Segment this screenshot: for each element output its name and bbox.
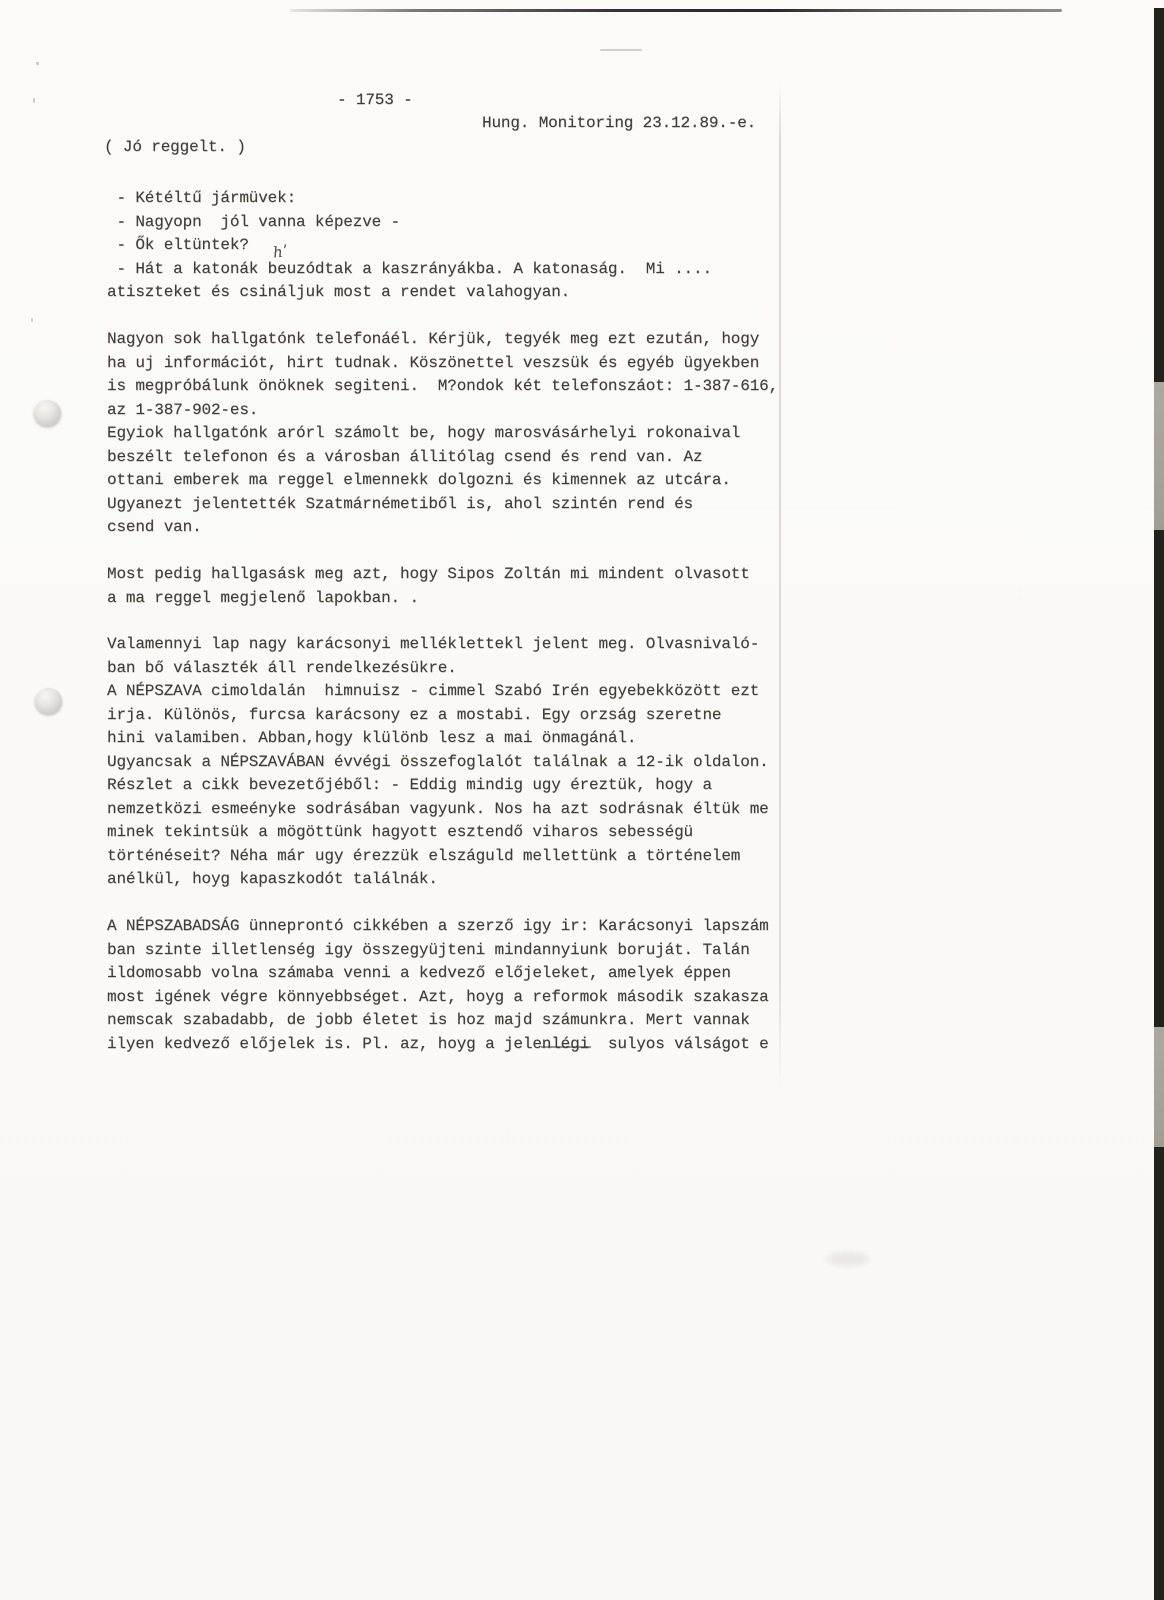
text-line: - Ők eltüntek?	[107, 234, 712, 258]
text-line: A NÉPSZABADSÁG ünneprontó cikkében a sze…	[107, 915, 769, 939]
text-line: Részlet a cikk bevezetőjéből: - Eddig mi…	[107, 774, 769, 798]
scan-artifact-top-line	[290, 9, 1062, 12]
text-line: minek tekintsük a mögöttünk hagyott eszt…	[107, 821, 769, 845]
text-line: az 1-387-902-es.	[107, 399, 778, 423]
handwritten-insertion: hʹ	[272, 242, 290, 262]
scan-speck	[36, 62, 39, 65]
scan-artifact-dash	[600, 49, 642, 51]
text-line: beszélt telefonon és a városban állitóla…	[107, 446, 778, 470]
fastener-bottom	[35, 688, 62, 714]
text-line: irja. Különös, furcsa karácsony ez a mos…	[107, 704, 769, 728]
text-line: Ugyancsak a NÉPSZAVÁBAN évvégi összefogl…	[107, 751, 769, 775]
binder-edge-gap	[1154, 382, 1164, 530]
nepszabadsag-paragraph: A NÉPSZABADSÁG ünneprontó cikkében a sze…	[107, 915, 769, 1056]
ink-smudge	[826, 1252, 870, 1266]
paper-fold-line	[779, 82, 781, 1084]
scan-speck	[31, 318, 33, 322]
text-line: nemzetközi esmeényke sodrásában vagyunk.…	[107, 798, 769, 822]
text-line: történéseit? Néha már ugy érezzük elszág…	[107, 845, 769, 869]
text-line: ottani emberek ma reggel elmennekk dolgo…	[107, 469, 778, 493]
sipos-intro-paragraph: Most pedig hallgasásk meg azt, hogy Sipo…	[107, 563, 750, 610]
text-line: Most pedig hallgasásk meg azt, hogy Sipo…	[107, 563, 750, 587]
text-line: csend van.	[107, 516, 778, 540]
monitoring-header: Hung. Monitoring 23.12.89.-e.	[482, 112, 756, 136]
page-number: - 1753 -	[337, 89, 413, 113]
dialogue-paragraph: - Kétéltű jármüvek: - Nagyopn jól vanna …	[107, 187, 712, 305]
text-line: nemscak szabadabb, de jobb életet is hoz…	[107, 1009, 769, 1033]
text-line: ilyen kedvező előjelek is. Pl. az, hoyg …	[107, 1033, 769, 1057]
text-line: - Hát a katonák beuzódtak a kaszrányákba…	[107, 258, 712, 282]
callers-paragraph: Nagyon sok hallgatónk telefonáél. Kérjük…	[107, 328, 778, 540]
document-page: - 1753 - Hung. Monitoring 23.12.89.-e. (…	[0, 0, 1164, 1600]
text-line: Ugyanezt jelentették Szatmárnémetiből is…	[107, 493, 778, 517]
text-line: ban bő választék áll rendelkezésükre.	[107, 657, 769, 681]
text-line: a ma reggel megjelenő lapokban. .	[107, 587, 750, 611]
text-line: ildomosabb volna számaba venni a kedvező…	[107, 962, 769, 986]
text-line: Valamennyi lap nagy karácsonyi melléklet…	[107, 633, 769, 657]
text-line: is megpróbálunk önöknek segiteni. M?ondo…	[107, 375, 778, 399]
text-line: - Kétéltű jármüvek:	[107, 187, 712, 211]
text-line: hini valamiben. Abban,hogy klülönb lesz …	[107, 727, 769, 751]
text-line: ban szinte illetlenség igy összegyüjteni…	[107, 939, 769, 963]
text-line: - Nagyopn jól vanna képezve -	[107, 211, 712, 235]
text-line: Egyiok hallgatónk arórl számolt be, hogy…	[107, 422, 778, 446]
text-line: atiszteket és csináljuk most a rendet va…	[107, 281, 712, 305]
press-review-paragraph: Valamennyi lap nagy karácsonyi melléklet…	[107, 633, 769, 892]
text-line: A NÉPSZAVA cimoldalán himnuisz - cimmel …	[107, 680, 769, 704]
text-line: most igének végre könnyebbséget. Azt, ho…	[107, 986, 769, 1010]
text-line: Nagyon sok hallgatónk telefonáél. Kérjük…	[107, 328, 778, 352]
text-line: ha uj információt, hirt tudnak. Köszönet…	[107, 352, 778, 376]
typewriter-overstrike-mark	[541, 1046, 591, 1048]
fastener-top	[34, 400, 61, 426]
scan-speck	[33, 98, 35, 103]
greeting-line: ( Jó reggelt. )	[104, 136, 246, 160]
binder-edge-gap	[1154, 1027, 1164, 1147]
text-line: anélkül, hoyg kapaszkodót találnák.	[107, 868, 769, 892]
binder-edge-bar	[1154, 8, 1164, 1600]
